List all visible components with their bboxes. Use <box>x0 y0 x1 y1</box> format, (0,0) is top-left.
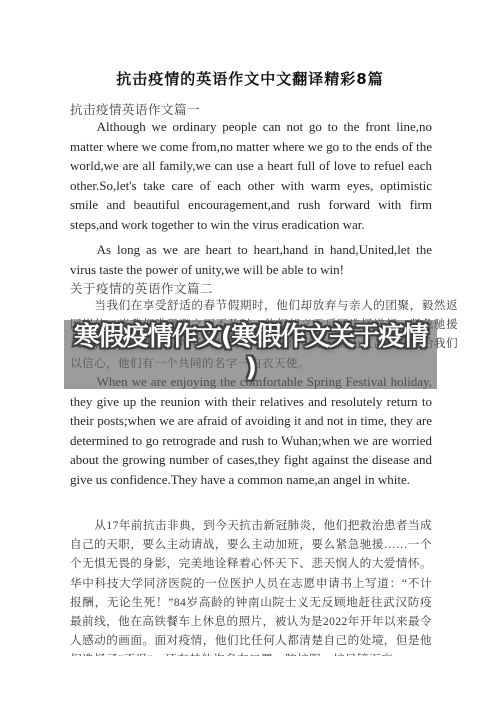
essay-1-paragraph-english-2: As long as we are heart to heart,hand in… <box>70 240 432 280</box>
watermark-title: 寒假疫情作文(寒假作文关于疫情 ) <box>62 322 439 384</box>
document-title: 抗击疫情的英语作文中文翻译精彩8篇 <box>0 68 500 89</box>
essay-2-paragraph-english: When we are enjoying the comfortable Spr… <box>70 372 432 515</box>
essay-1-heading: 抗击疫情英语作文篇一 <box>70 100 432 118</box>
watermark-title-line1: 寒假疫情作文(寒假作文关于疫情 <box>62 322 439 353</box>
essay-2-heading: 关于疫情的英语作文篇二 <box>70 279 432 297</box>
document-page: 抗击疫情的英语作文中文翻译精彩8篇 抗击疫情英语作文篇一 Although we… <box>0 0 500 707</box>
watermark-banner: 寒假疫情作文(寒假作文关于疫情 ) <box>64 320 437 389</box>
watermark-title-line2: ) <box>62 353 439 384</box>
essay-1-paragraph-english: Although we ordinary people can not go t… <box>70 117 432 236</box>
essay-2-paragraph-chinese-2: 从17年前抗击非典，到今天抗击新冠肺炎，他们把救治患者当成自己的天职，要么主动请… <box>70 516 432 656</box>
